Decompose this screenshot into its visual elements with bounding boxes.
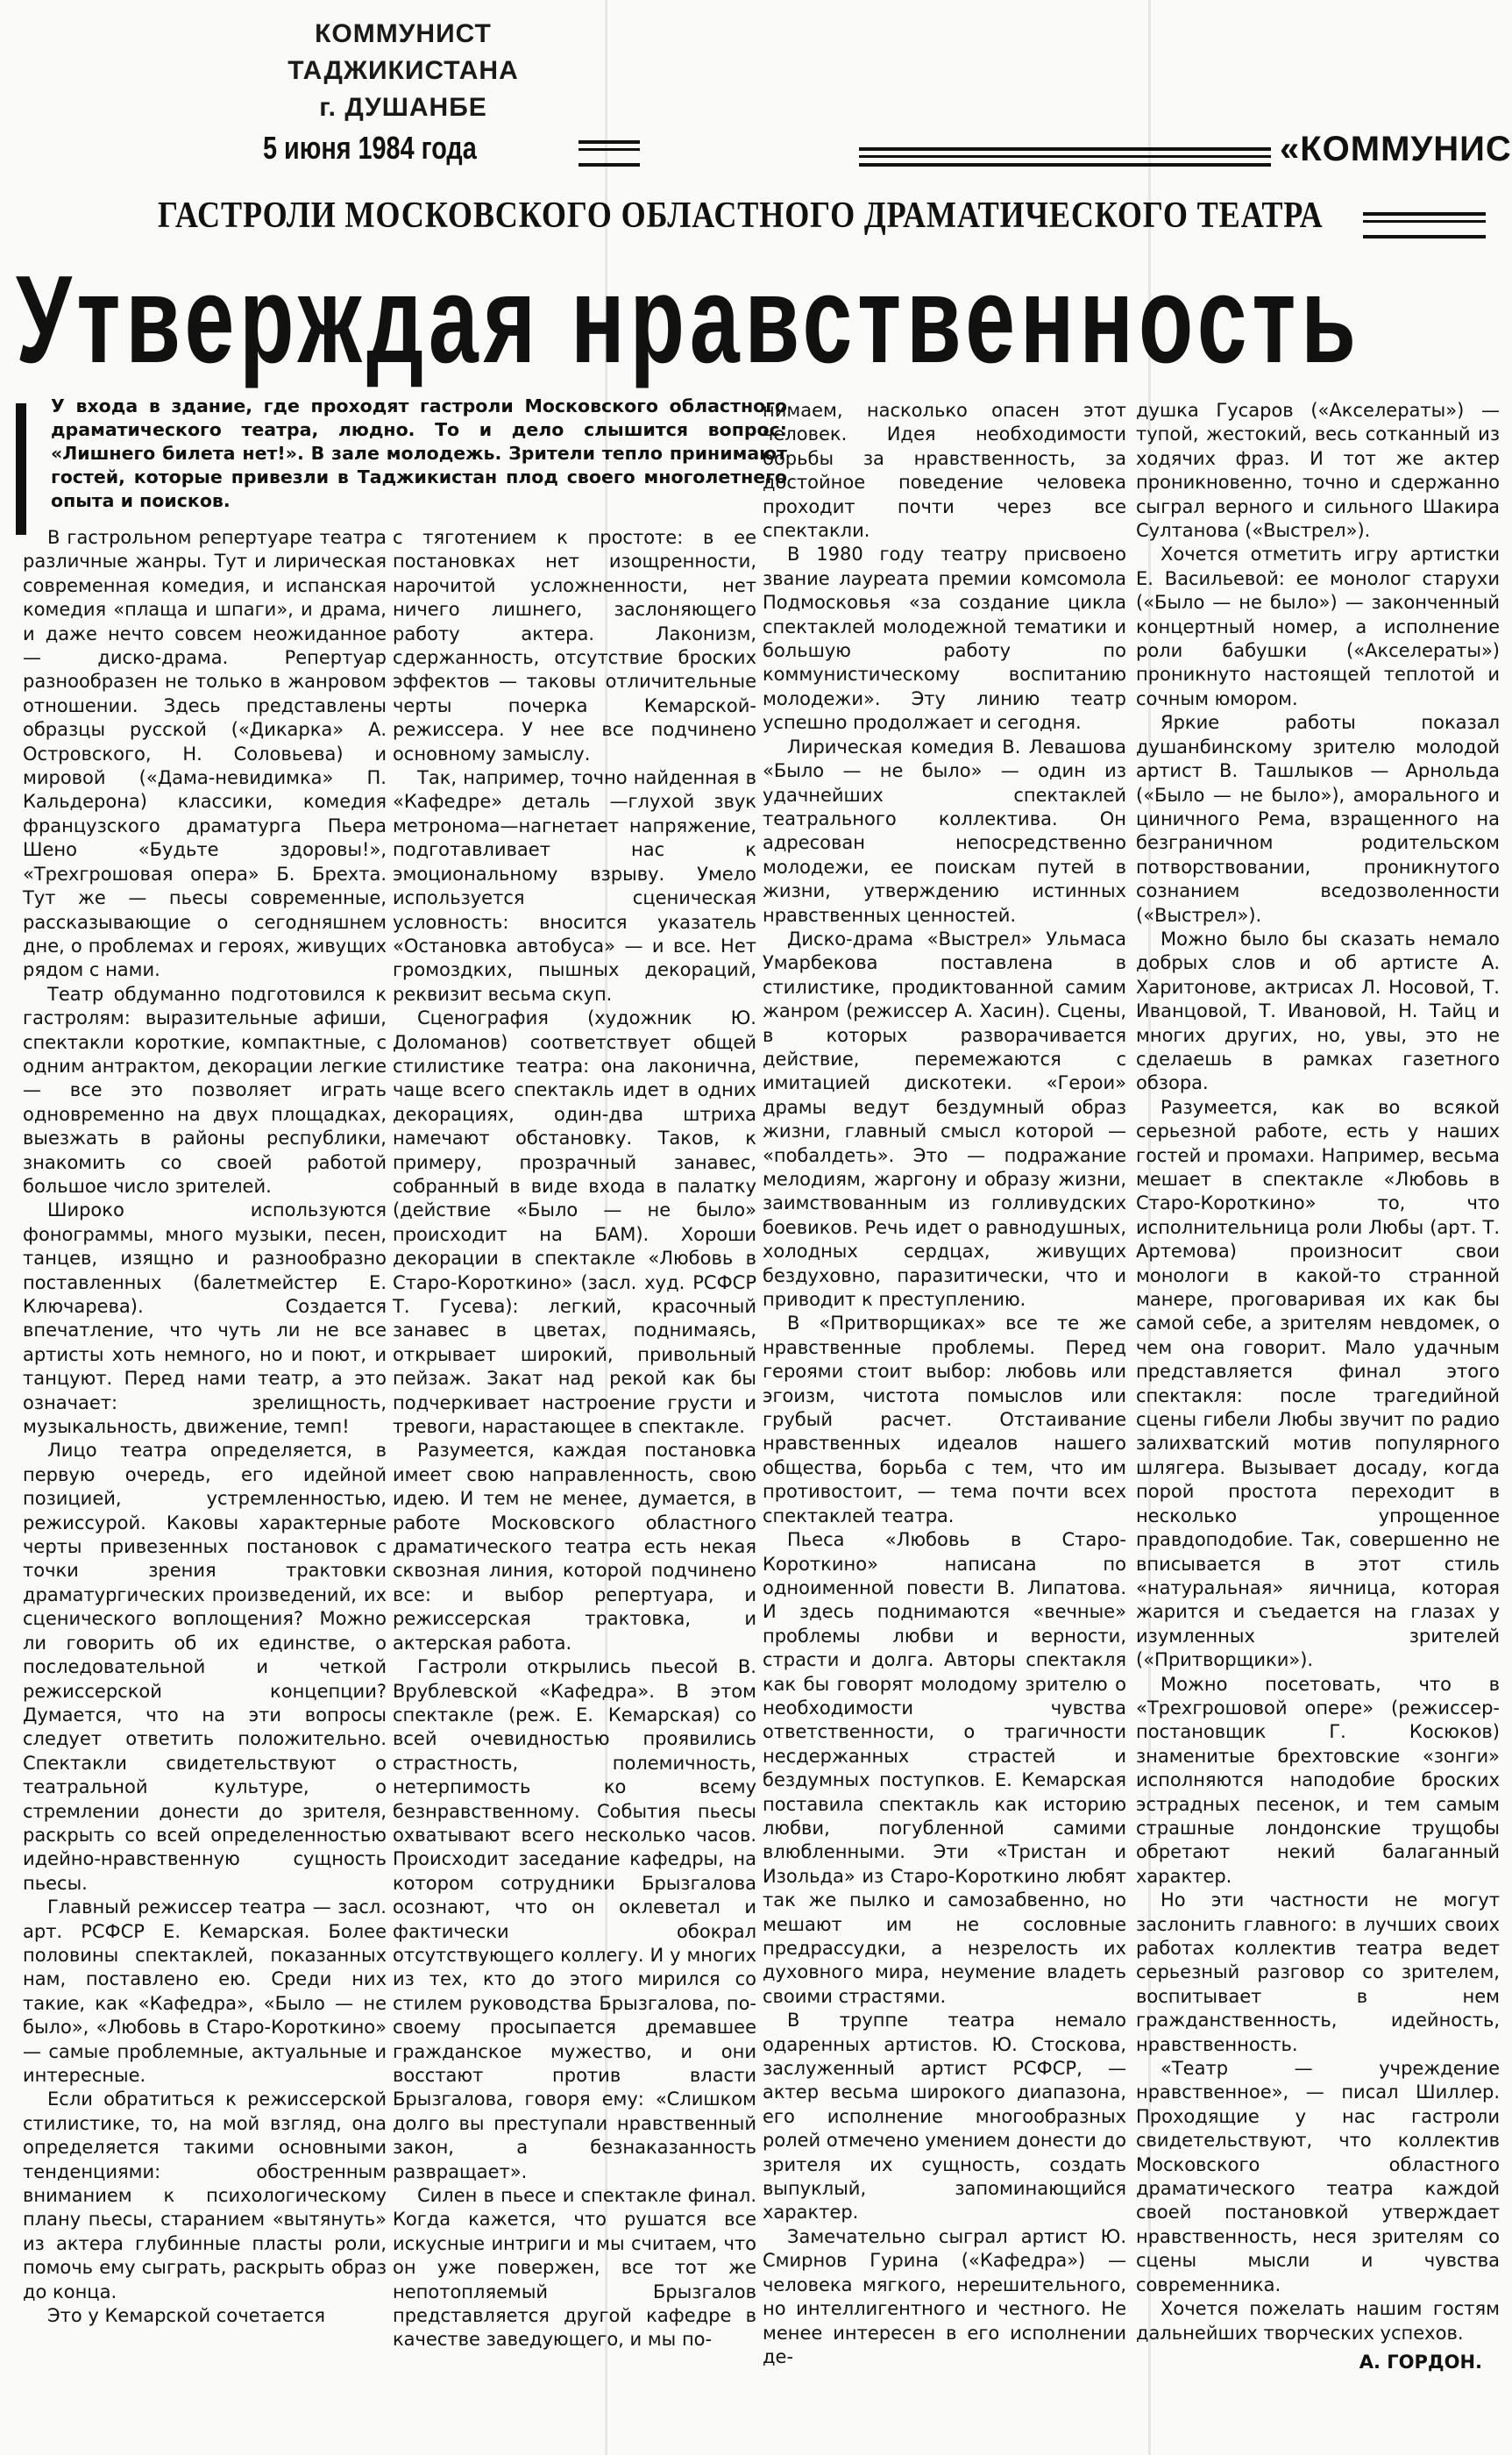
article-column-3: нимаем, насколько опасен этот человек. И… bbox=[763, 399, 1126, 2369]
paragraph: Замечательно сыграл артист Ю. Смирнов Гу… bbox=[763, 2225, 1126, 2369]
paragraph: Главный режиссер театра — засл. арт. РСФ… bbox=[23, 1896, 387, 2088]
paragraph: Лирическая комедия В. Левашова «Было — н… bbox=[763, 736, 1126, 928]
decorative-rule bbox=[1363, 212, 1486, 238]
paragraph: Можно было бы сказать немало добрых слов… bbox=[1136, 928, 1500, 1096]
article-lead: У входа в здание, где проходят гастроли … bbox=[16, 395, 787, 513]
paragraph: Разумеется, как во всякой серьезной рабо… bbox=[1136, 1096, 1500, 1673]
paragraph: Лицо театра определяется, в первую очере… bbox=[23, 1439, 387, 1896]
paragraph: Так, например, точно найденная в «Кафедр… bbox=[393, 766, 756, 1007]
paragraph: В гастрольном репертуаре театра различны… bbox=[23, 526, 387, 983]
paragraph: В труппе театра немало одаренных артисто… bbox=[763, 2009, 1126, 2225]
paragraph: Сценография (художник Ю. Доломанов) соот… bbox=[393, 1007, 756, 1439]
paragraph: Хочется пожелать нашим гостям дальнейших… bbox=[1136, 2297, 1500, 2345]
decorative-rule bbox=[579, 140, 640, 167]
paragraph: Яркие работы показал душанбинскому зрите… bbox=[1136, 711, 1500, 928]
paragraph: Гастроли открылись пьесой В. Врублевской… bbox=[393, 1655, 756, 2184]
paragraph: душка Гусаров («Акселераты») — тупой, же… bbox=[1136, 399, 1500, 543]
paragraph: Если обратиться к режиссерской стилистик… bbox=[23, 2088, 387, 2304]
author-signature: А. ГОРДОН. bbox=[1136, 2351, 1500, 2374]
stamp-newspaper-name: КОММУНИСТ ТАДЖИКИСТАНА bbox=[210, 16, 596, 89]
article-column-4: душка Гусаров («Акселераты») — тупой, же… bbox=[1136, 399, 1500, 2374]
article-column-2: с тяготением к простоте: в ее постановка… bbox=[393, 526, 756, 2352]
paragraph: «Театр — учреждение нравственное», — пис… bbox=[1136, 2057, 1500, 2297]
paragraph: Но эти частности не могут заслонить глав… bbox=[1136, 1889, 1500, 2057]
paragraph: В 1980 году театру присвоено звание лаур… bbox=[763, 543, 1126, 735]
article-column-1: В гастрольном репертуаре театра различны… bbox=[23, 526, 387, 2328]
paragraph: с тяготением к простоте: в ее постановка… bbox=[393, 526, 756, 766]
paragraph: Широко используются фонограммы, много му… bbox=[23, 1199, 387, 1439]
archive-stamp: КОММУНИСТ ТАДЖИКИСТАНА г. ДУШАНБЕ bbox=[210, 16, 596, 126]
paragraph: Диско-драма «Выстрел» Ульмаса Умарбекова… bbox=[763, 928, 1126, 1313]
article-headline: Утверждая нравственность bbox=[16, 254, 1361, 386]
paragraph: Хочется отметить игру артистки Е. Василь… bbox=[1136, 543, 1500, 711]
paragraph: Пьеса «Любовь в Старо-Короткино» написан… bbox=[763, 1528, 1126, 2009]
paragraph: Театр обдуманно подготовился к гастролям… bbox=[23, 983, 387, 1199]
section-kicker: ГАСТРОЛИ МОСКОВСКОГО ОБЛАСТНОГО ДРАМАТИЧ… bbox=[158, 195, 1324, 237]
stamp-city: г. ДУШАНБЕ bbox=[210, 89, 596, 126]
decorative-rule bbox=[859, 147, 1271, 167]
paragraph: Можно посетовать, что в «Трехгрошовой оп… bbox=[1136, 1673, 1500, 1889]
paragraph: В «Притворщиках» все те же нравственные … bbox=[763, 1312, 1126, 1528]
paragraph: Силен в пьесе и спектакле финал. Когда к… bbox=[393, 2184, 756, 2352]
paragraph: нимаем, насколько опасен этот человек. И… bbox=[763, 399, 1126, 543]
paragraph: Разумеется, каждая постановка имеет свою… bbox=[393, 1439, 756, 1655]
paragraph: Это у Кемарской сочетается bbox=[23, 2304, 387, 2328]
newspaper-masthead: «КОММУНИС bbox=[1280, 130, 1512, 169]
publication-date: 5 июня 1984 года bbox=[263, 130, 477, 167]
